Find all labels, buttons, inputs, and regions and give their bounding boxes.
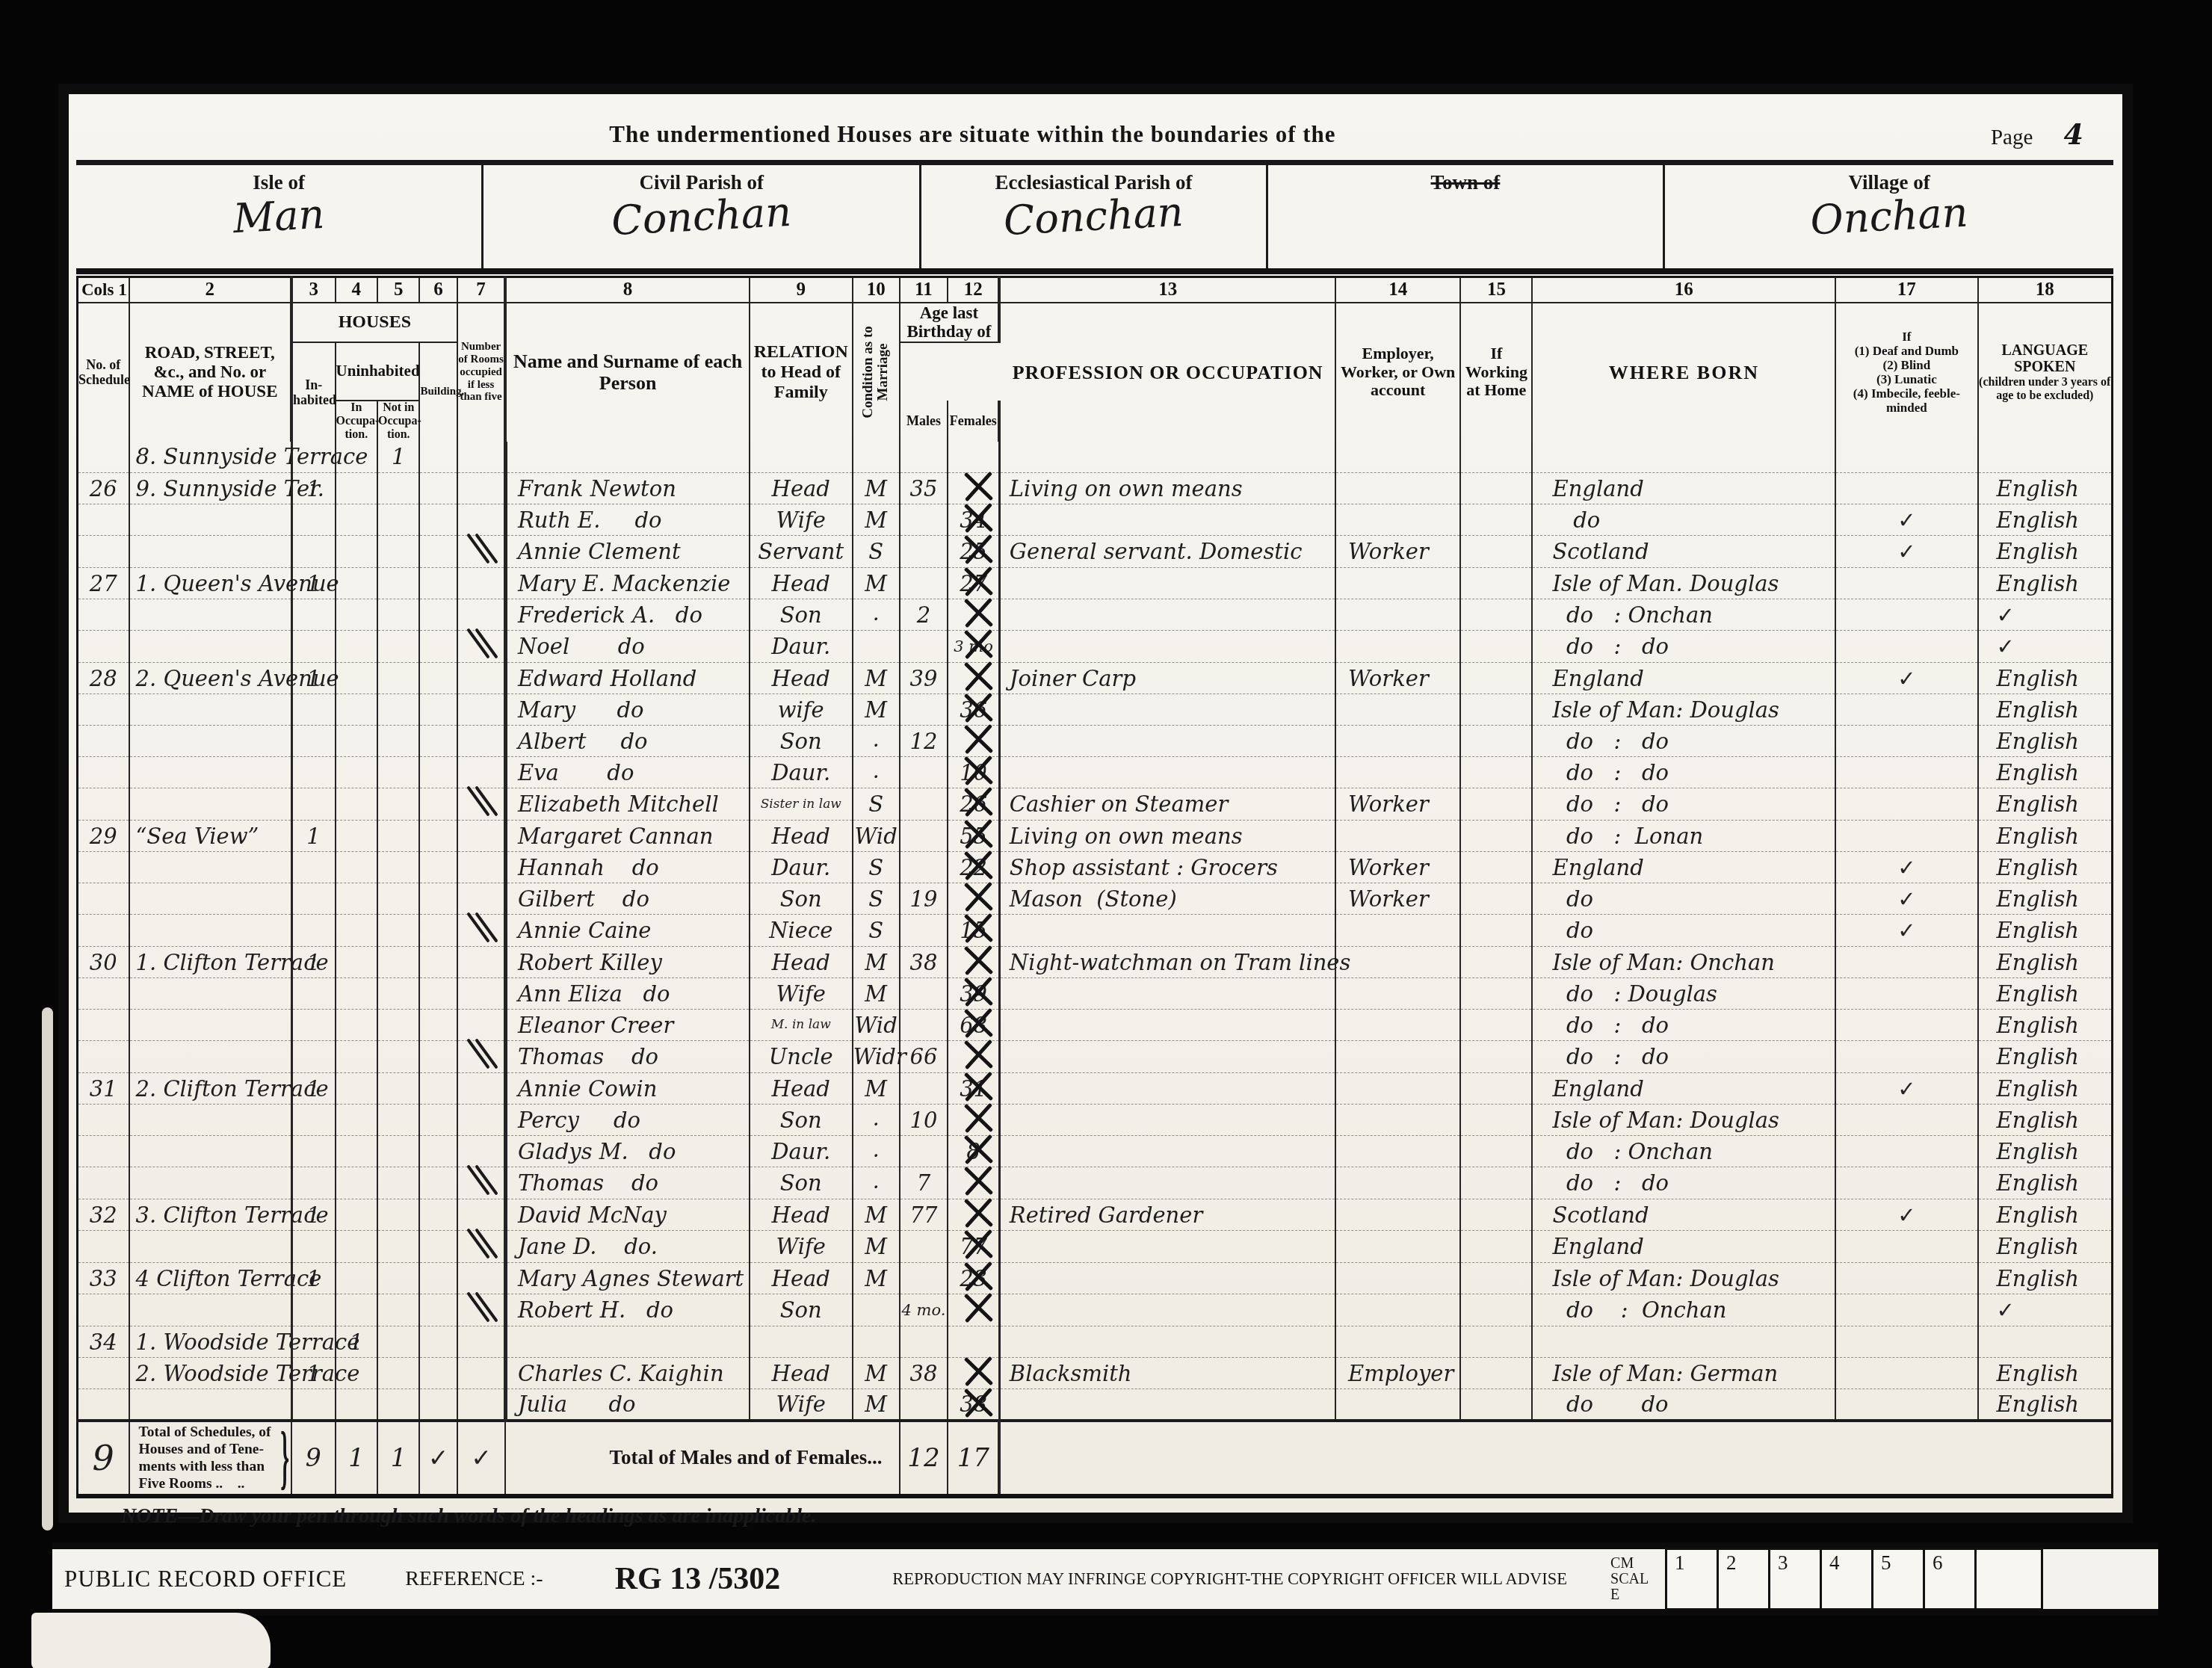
marriage-condition-cell: . <box>853 1136 900 1167</box>
total-males-value: 12 <box>900 1421 948 1496</box>
schedule-number-cell <box>78 1136 129 1167</box>
schedule-number-cell <box>78 631 129 663</box>
working-at-home-cell <box>1460 821 1532 852</box>
age-female-cell: 36 <box>948 694 999 726</box>
age-female-cell <box>948 599 999 631</box>
uninhabited-not-occupation-cell <box>377 694 419 726</box>
census-record-row: Frederick A. do Son . 2 do : Onchan ✓ <box>78 599 2113 631</box>
column-number: 14 <box>1335 277 1460 303</box>
building-cell <box>419 568 457 599</box>
uninhabited-not-occupation-cell <box>377 883 419 915</box>
uninhabited-not-occupation-cell <box>377 1326 419 1358</box>
census-record-row: 30 1. Clifton Terrace 1 Robert Killey He… <box>78 947 2113 978</box>
employer-worker-cell <box>1335 1010 1460 1041</box>
relation-cell: Son <box>750 883 853 915</box>
column-number: 6 <box>419 277 457 303</box>
working-at-home-cell <box>1460 1199 1532 1231</box>
employer-worker-cell: Worker <box>1335 788 1460 821</box>
uninhabited-not-occupation-cell <box>377 599 419 631</box>
schedule-number-cell: 34 <box>78 1326 129 1358</box>
rooms-cell <box>457 631 506 663</box>
schedule-number-cell <box>78 1041 129 1073</box>
where-born-cell: Isle of Man. Douglas <box>1532 568 1835 599</box>
where-born-cell: England <box>1532 473 1835 504</box>
working-at-home-cell <box>1460 1073 1532 1105</box>
infirmity-cell <box>1835 1010 1977 1041</box>
person-name-cell: Gilbert do <box>505 883 749 915</box>
where-born-cell: Isle of Man: Douglas <box>1532 1263 1835 1294</box>
relation-cell: M. in law <box>750 1010 853 1041</box>
language-cell: English <box>1978 1136 2113 1167</box>
address-cell <box>129 788 292 821</box>
language-cell: English <box>1978 1041 2113 1073</box>
uninhabited-not-occupation-cell <box>377 726 419 757</box>
where-born-cell: Isle of Man: Douglas <box>1532 694 1835 726</box>
ruler-cell: 6 <box>1923 1548 1977 1610</box>
relation-cell: Son <box>750 1294 853 1326</box>
inhabited-cell <box>291 757 336 788</box>
uninhabited-in-occupation-cell <box>336 1231 377 1263</box>
inhabited-cell <box>291 1167 336 1199</box>
profession-cell <box>999 1105 1335 1136</box>
age-male-cell: 2 <box>900 599 948 631</box>
rooms-cell <box>457 1263 506 1294</box>
infirmity-cell <box>1835 473 1977 504</box>
where-born-cell: Isle of Man: Onchan <box>1532 947 1835 978</box>
column-number: 9 <box>750 277 853 303</box>
infirmity-cell <box>1835 599 1977 631</box>
rooms-cell <box>457 1231 506 1263</box>
person-name-cell: Ann Eliza do <box>505 978 749 1010</box>
rooms-cell <box>457 788 506 821</box>
building-cell <box>419 442 457 473</box>
infirmity-cell <box>1835 631 1977 663</box>
census-record-row: Annie Clement Servant S 25 General serva… <box>78 536 2113 568</box>
address-cell <box>129 978 292 1010</box>
schedule-number-cell: 32 <box>78 1199 129 1231</box>
marriage-condition-cell <box>853 631 900 663</box>
address-cell <box>129 1105 292 1136</box>
age-female-cell: 31 <box>948 1073 999 1105</box>
schedule-number-cell <box>78 978 129 1010</box>
employer-worker-cell <box>1335 821 1460 852</box>
working-at-home-cell <box>1460 1294 1532 1326</box>
marriage-condition-cell: M <box>853 1231 900 1263</box>
relation-cell: Head <box>750 947 853 978</box>
col-header-relation: RELATION to Head of Family <box>750 303 853 442</box>
column-number: 11 <box>900 277 948 303</box>
working-at-home-cell <box>1460 1231 1532 1263</box>
employer-worker-cell <box>1335 1041 1460 1073</box>
address-cell <box>129 852 292 883</box>
census-record-row: Gilbert do Son S 19 Mason (Stone) Worker… <box>78 883 2113 915</box>
census-record-row: 26 9. Sunnyside Ter. 1 Frank Newton Head… <box>78 473 2113 504</box>
profession-cell: Joiner Carp <box>999 663 1335 694</box>
profession-cell <box>999 442 1335 473</box>
person-name-cell: Albert do <box>505 726 749 757</box>
marriage-condition-cell: S <box>853 883 900 915</box>
profession-cell <box>999 1263 1335 1294</box>
profession-cell: Living on own means <box>999 473 1335 504</box>
relation-cell: Head <box>750 663 853 694</box>
uninhabited-not-occupation-cell <box>377 1263 419 1294</box>
inhabited-cell <box>291 1105 336 1136</box>
rooms-cell <box>457 757 506 788</box>
infirmity-cell <box>1835 726 1977 757</box>
employer-worker-cell <box>1335 599 1460 631</box>
rooms-cell <box>457 883 506 915</box>
col-header-males: Males <box>900 401 948 442</box>
where-born-cell: do : do <box>1532 1167 1835 1199</box>
infirmity-item-1: (1) Deaf and Dumb <box>1836 344 1977 358</box>
working-at-home-cell <box>1460 726 1532 757</box>
building-cell <box>419 1231 457 1263</box>
language-cell: ✓ <box>1978 631 2113 663</box>
schedule-number-cell <box>78 788 129 821</box>
census-record-row: 8. Sunnyside Terrace 1 <box>78 442 2113 473</box>
uninhabited-not-occupation-cell <box>377 1389 419 1421</box>
employer-worker-cell <box>1335 947 1460 978</box>
uninhabited-not-occupation-cell <box>377 947 419 978</box>
total-rooms-mark: ✓ <box>457 1421 506 1496</box>
infirmity-cell: ✓ <box>1835 504 1977 536</box>
uninhabited-not-occupation-cell <box>377 536 419 568</box>
rooms-cell <box>457 694 506 726</box>
schedule-number-cell: 31 <box>78 1073 129 1105</box>
marriage-condition-cell: . <box>853 1167 900 1199</box>
address-cell <box>129 726 292 757</box>
profession-cell <box>999 504 1335 536</box>
person-name-cell: David McNay <box>505 1199 749 1231</box>
person-name-cell: Annie Clement <box>505 536 749 568</box>
col-header-employer: Employer, Worker, or Own account <box>1335 303 1460 442</box>
uninhabited-not-occupation-cell <box>377 978 419 1010</box>
relation-cell: Wife <box>750 978 853 1010</box>
address-cell <box>129 757 292 788</box>
marriage-condition-cell: M <box>853 1389 900 1421</box>
uninhabited-not-occupation-cell <box>377 1199 419 1231</box>
relation-cell: Servant <box>750 536 853 568</box>
column-number: 16 <box>1532 277 1835 303</box>
reference-number: RG 13 /5302 <box>615 1561 781 1597</box>
age-male-cell: 38 <box>900 1358 948 1389</box>
column-number: 10 <box>853 277 900 303</box>
column-numbers-row: Cols 123456789101112131415161718 <box>78 277 2113 303</box>
uninhabited-not-occupation-cell <box>377 1073 419 1105</box>
address-cell <box>129 883 292 915</box>
footnote: NOTE—Draw your pen through such words of… <box>121 1504 2113 1528</box>
table-body: 8. Sunnyside Terrace 1 26 9. Sunnyside T… <box>78 442 2113 1421</box>
working-at-home-cell <box>1460 663 1532 694</box>
age-male-cell: 38 <box>900 947 948 978</box>
age-female-cell: 25 <box>948 536 999 568</box>
inhabited-cell <box>291 978 336 1010</box>
column-number: Cols 1 <box>78 277 129 303</box>
infirmity-cell: ✓ <box>1835 663 1977 694</box>
language-cell: English <box>1978 726 2113 757</box>
infirmity-cell: ✓ <box>1835 852 1977 883</box>
schedule-number-cell <box>78 1231 129 1263</box>
table-totals: 9 Total of Schedules, of Houses and of T… <box>78 1421 2113 1496</box>
inhabited-cell <box>291 694 336 726</box>
col-header-road: ROAD, STREET, &c., and No. or NAME of HO… <box>129 303 292 442</box>
household-end-mark <box>469 631 492 656</box>
uninhabited-in-occupation-cell <box>336 1167 377 1199</box>
uninhabited-in-occupation-cell <box>336 1041 377 1073</box>
census-record-row: Ann Eliza do Wife M 39 do : Douglas Engl… <box>78 978 2113 1010</box>
marriage-condition-cell: M <box>853 1199 900 1231</box>
working-at-home-cell <box>1460 978 1532 1010</box>
census-record-row: Ruth E. do Wife M 34 do ✓ English <box>78 504 2113 536</box>
household-end-mark <box>469 536 492 561</box>
totals-brace: } <box>280 1415 289 1500</box>
working-at-home-cell <box>1460 568 1532 599</box>
copyright-notice: REPRODUCTION MAY INFRINGE COPYRIGHT-THE … <box>892 1569 1567 1589</box>
language-cell: ✓ <box>1978 599 2113 631</box>
employer-worker-cell <box>1335 1389 1460 1421</box>
language-cell: English <box>1978 473 2113 504</box>
building-cell <box>419 915 457 947</box>
language-cell: English <box>1978 1105 2113 1136</box>
relation-cell: Sister in law <box>750 788 853 821</box>
rooms-cell <box>457 915 506 947</box>
infirmity-cell <box>1835 694 1977 726</box>
age-female-cell: 22 <box>948 852 999 883</box>
record-office-label: PUBLIC RECORD OFFICE <box>64 1566 347 1593</box>
profession-cell <box>999 726 1335 757</box>
working-at-home-cell <box>1460 599 1532 631</box>
building-cell <box>419 473 457 504</box>
working-at-home-cell <box>1460 1010 1532 1041</box>
building-cell <box>419 1136 457 1167</box>
rooms-cell <box>457 599 506 631</box>
age-female-cell: 39 <box>948 978 999 1010</box>
building-cell <box>419 852 457 883</box>
total-building-mark: ✓ <box>419 1421 457 1496</box>
town-label-struck: Town of <box>1268 165 1663 194</box>
census-record-row: Robert H. do Son 4 mo. do : Onchan ✓ <box>78 1294 2113 1326</box>
census-record-row: Elizabeth Mitchell Sister in law S 26 Ca… <box>78 788 2113 821</box>
relation-cell: Son <box>750 599 853 631</box>
col-header-language: LANGUAGE SPOKEN (children under 3 years … <box>1978 303 2113 442</box>
rooms-cell <box>457 1105 506 1136</box>
schedule-number-cell <box>78 883 129 915</box>
relation-cell: Head <box>750 821 853 852</box>
column-number: 5 <box>377 277 419 303</box>
infirmity-cell <box>1835 568 1977 599</box>
rooms-cell <box>457 1358 506 1389</box>
profession-cell <box>999 1136 1335 1167</box>
working-at-home-cell <box>1460 788 1532 821</box>
where-born-cell: do <box>1532 915 1835 947</box>
schedule-number-cell <box>78 504 129 536</box>
rooms-cell <box>457 1073 506 1105</box>
profession-cell: Cashier on Steamer <box>999 788 1335 821</box>
rooms-cell <box>457 504 506 536</box>
uninhabited-in-occupation-cell <box>336 599 377 631</box>
address-cell <box>129 1167 292 1199</box>
age-male-cell: 35 <box>900 473 948 504</box>
age-female-cell: 34 <box>948 504 999 536</box>
age-male-cell: 4 mo. <box>900 1294 948 1326</box>
where-born-cell <box>1532 1326 1835 1358</box>
census-record-row: 31 2. Clifton Terrace 1 Annie Cowin Head… <box>78 1073 2113 1105</box>
person-name-cell: Eva do <box>505 757 749 788</box>
total-females-value: 17 <box>948 1421 999 1496</box>
where-born-cell: do : do <box>1532 1010 1835 1041</box>
uninhabited-not-occupation-cell <box>377 821 419 852</box>
census-record-row: Gladys M. do Daur. . 8 do : Onchan Engli… <box>78 1136 2113 1167</box>
inhabited-cell <box>291 1041 336 1073</box>
address-cell: 4 Clifton Terrace <box>129 1263 292 1294</box>
employer-worker-cell: Worker <box>1335 536 1460 568</box>
rooms-cell <box>457 473 506 504</box>
infirmity-cell <box>1835 1326 1977 1358</box>
marriage-condition-cell: S <box>853 536 900 568</box>
working-at-home-cell <box>1460 1167 1532 1199</box>
age-male-cell <box>900 504 948 536</box>
rooms-cell <box>457 536 506 568</box>
relation-cell: Head <box>750 1199 853 1231</box>
relation-cell: Son <box>750 1105 853 1136</box>
where-born-cell: Scotland <box>1532 1199 1835 1231</box>
age-female-cell <box>948 1358 999 1389</box>
inhabited-cell <box>291 852 336 883</box>
col-header-uninhabited-group: Uninhabited <box>336 342 420 401</box>
marriage-condition-cell: S <box>853 852 900 883</box>
infirmity-item-2: (2) Blind <box>1836 358 1977 372</box>
building-cell <box>419 599 457 631</box>
uninhabited-in-occupation-cell <box>336 821 377 852</box>
person-name-cell: Gladys M. do <box>505 1136 749 1167</box>
rooms-cell <box>457 1199 506 1231</box>
header-row-groups: No. of Schedule ROAD, STREET, &c., and N… <box>78 303 2113 343</box>
marriage-condition-cell <box>853 1326 900 1358</box>
relation-cell: Uncle <box>750 1041 853 1073</box>
where-born-cell: do <box>1532 504 1835 536</box>
uninhabited-not-occupation-cell <box>377 568 419 599</box>
age-male-cell <box>900 694 948 726</box>
age-female-cell: 3 mo <box>948 631 999 663</box>
inhabited-cell <box>291 599 336 631</box>
age-male-cell <box>900 852 948 883</box>
relation-cell: Head <box>750 473 853 504</box>
age-male-cell: 12 <box>900 726 948 757</box>
census-record-row: 34 1. Woodside Terrace 1 <box>78 1326 2113 1358</box>
infirmity-cell <box>1835 1231 1977 1263</box>
building-cell <box>419 663 457 694</box>
census-record-row: Percy do Son . 10 Isle of Man: Douglas E… <box>78 1105 2113 1136</box>
table-header: Cols 123456789101112131415161718 No. of … <box>78 277 2113 442</box>
person-name-cell: Mary E. Mackenzie <box>505 568 749 599</box>
employer-worker-cell <box>1335 1263 1460 1294</box>
col-header-not-in-occupation: Not in Occupa-tion. <box>377 401 419 442</box>
profession-cell <box>999 978 1335 1010</box>
inhabited-cell <box>291 504 336 536</box>
col-header-rooms: Number of Rooms occupied if less than fi… <box>457 303 506 442</box>
building-cell <box>419 504 457 536</box>
age-female-cell <box>948 473 999 504</box>
relation-cell: Niece <box>750 915 853 947</box>
schedule-number-cell <box>78 1010 129 1041</box>
infirmity-cell <box>1835 1041 1977 1073</box>
uninhabited-not-occupation-cell <box>377 1041 419 1073</box>
employer-worker-cell <box>1335 1326 1460 1358</box>
uninhabited-in-occupation-cell <box>336 1073 377 1105</box>
employer-worker-cell <box>1335 915 1460 947</box>
marriage-condition-cell: M <box>853 473 900 504</box>
census-record-row: Hannah do Daur. S 22 Shop assistant : Gr… <box>78 852 2113 883</box>
infirmity-cell <box>1835 442 1977 473</box>
age-male-cell <box>900 442 948 473</box>
inhabited-cell <box>291 1136 336 1167</box>
profession-cell <box>999 757 1335 788</box>
census-record-row: Eleanor Creer M. in law Wid 68 do : do E… <box>78 1010 2113 1041</box>
where-born-cell: do : do <box>1532 631 1835 663</box>
where-born-cell: do : do <box>1532 757 1835 788</box>
col-header-in-occupation: In Occupa-tion. <box>336 401 377 442</box>
employer-worker-cell <box>1335 1199 1460 1231</box>
employer-worker-cell <box>1335 1167 1460 1199</box>
address-cell <box>129 1231 292 1263</box>
relation-cell: wife <box>750 694 853 726</box>
address-cell: 1. Queen's Avenue <box>129 568 292 599</box>
rooms-cell <box>457 568 506 599</box>
language-cell <box>1978 442 2113 473</box>
town-cell: Town of <box>1268 165 1666 268</box>
uninhabited-not-occupation-cell <box>377 1167 419 1199</box>
age-male-cell: 10 <box>900 1105 948 1136</box>
person-name-cell: Robert H. do <box>505 1294 749 1326</box>
infirmity-cell: ✓ <box>1835 536 1977 568</box>
uninhabited-in-occupation-cell <box>336 1389 377 1421</box>
relation-cell: Daur. <box>750 1136 853 1167</box>
census-record-row: 27 1. Queen's Avenue 1 Mary E. Mackenzie… <box>78 568 2113 599</box>
totals-row: 9 Total of Schedules, of Houses and of T… <box>78 1421 2113 1496</box>
infirmity-cell <box>1835 821 1977 852</box>
person-name-cell: Jane D. do. <box>505 1231 749 1263</box>
address-cell: “Sea View” <box>129 821 292 852</box>
age-male-cell: 66 <box>900 1041 948 1073</box>
employer-worker-cell <box>1335 1105 1460 1136</box>
uninhabited-in-occupation-cell <box>336 631 377 663</box>
schedule-number-cell <box>78 757 129 788</box>
rooms-cell <box>457 947 506 978</box>
where-born-cell <box>1532 442 1835 473</box>
census-record-row: Jane D. do. Wife M 77 England English <box>78 1231 2113 1263</box>
working-at-home-cell <box>1460 757 1532 788</box>
working-at-home-cell <box>1460 1041 1532 1073</box>
where-born-cell: do : Onchan <box>1532 1136 1835 1167</box>
uninhabited-not-occupation-cell <box>377 852 419 883</box>
language-cell: English <box>1978 915 2113 947</box>
marriage-condition-cell: Wid <box>853 1010 900 1041</box>
scan-paper-edge-strip <box>42 1007 53 1530</box>
census-record-row: 32 3. Clifton Terrace 1 David McNay Head… <box>78 1199 2113 1231</box>
building-cell <box>419 1167 457 1199</box>
uninhabited-in-occupation-cell <box>336 947 377 978</box>
employer-worker-cell <box>1335 978 1460 1010</box>
rooms-cell <box>457 852 506 883</box>
census-record-row: Thomas do Son . 7 do : do English <box>78 1167 2113 1199</box>
infirmity-cell: ✓ <box>1835 915 1977 947</box>
inhabited-cell <box>291 1389 336 1421</box>
ruler-cell <box>1974 1548 2043 1610</box>
uninhabited-not-occupation-cell <box>377 788 419 821</box>
building-cell <box>419 1326 457 1358</box>
col-header-condition: Condition as to Marriage <box>853 303 900 442</box>
person-name-cell: Noel do <box>505 631 749 663</box>
